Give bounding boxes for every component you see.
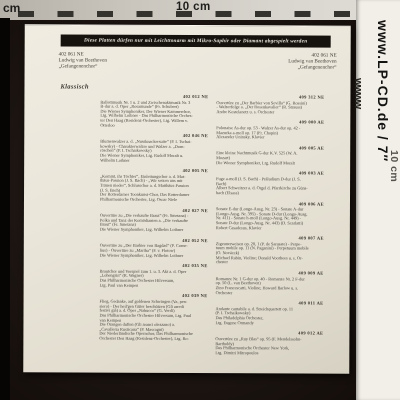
catalog-entry: 409 000 AE Polonaise As-dur op. 53 - Wal… [216,120,324,141]
record-title: „Gefangenenchor“ [59,63,107,69]
catalog-entry-text: Zigeunerweisen op. 20, 1 (P. de Sarasate… [216,242,324,266]
catalog-entry-text: Ouvertüre zu „Ruy Blas“ op. 95 (F. Mende… [215,337,323,356]
stylus-notice-band: Diese Platten dürfen nur mit Leichttonar… [61,34,331,47]
watermark-fragment: wwww [352,78,364,108]
record-sleeve-back-cover: Diese Platten dürfen nur mit Leichttonar… [23,24,351,373]
ruler-scale-label: 10 cm [176,1,211,13]
catalog-entry: 402 039 NE Flieg, Gedanke, auf goldenen … [99,293,207,342]
side-strip: www.LP-CD.de / 7″ wwww 10 cm [356,0,400,400]
section-label: Klassisch [60,83,88,90]
top-ruler: cm 10 cm [0,0,364,20]
photo-left-shadow [0,18,10,400]
catalog-entry-text: „Kommt, ihr Töchter“, Einleitungschor a.… [100,174,208,202]
catalog-entry: 409 012 AE Ouvertüre zu „Ruy Blas“ op. 9… [215,330,323,356]
catalog-number: 409 009 AE [216,270,324,275]
header-right: 402 061 NE Ludwig van Beethoven „Gefange… [288,52,336,70]
catalog-entry: 402 012 NE Ballettmusik Nr. 1 u. 2 und Z… [100,94,208,129]
catalog-entry: 402 005 NE „Kommt, ihr Töchter“, Einleit… [100,168,208,203]
catalog-entry-text: Sonate E-dur (Longo-Ausg. Nr. 23) - Sona… [216,207,324,231]
catalog-column-left: 402 012 NE Ballettmusik Nr. 1 u. 2 und Z… [99,94,208,361]
catalog-entry-text: Ouvertüre zu „Der Barbier von Bagdad“ (P… [100,244,208,258]
catalog-number: 402 012 NE [100,94,208,99]
catalog-number: 402 039 NE [100,293,208,298]
record-sleeve-photo: cm 10 cm www.LP-CD.de / 7″ wwww 10 cm Di… [0,0,400,400]
catalog-entry: 402 035 NE Brautchor und Vorspiel zum 1.… [100,263,208,289]
catalog-entry-text: Ouvertüre zu „Der Barbier von Sevilla“ (… [216,101,324,115]
record-title: „Gefangenenchor“ [288,64,336,70]
catalog-entry: 409 005 AE Eine kleine Nachtmusik G-dur … [216,145,324,166]
catalog-entry: 409 007 AE Zigeunerweisen op. 20, 1 (P. … [216,235,324,265]
catalog-number: 409 012 AE [215,330,323,335]
catalog-entry-text: Brautchor und Vorspiel zum 1. u. 3. Akt … [100,269,208,288]
catalog-number: 402 035 NE [100,263,208,268]
catalog-entry-text: Ballettmusik Nr. 1 u. 2 und Zwischenaktm… [100,100,208,128]
catalog-number: 409 011 AE [216,300,324,305]
catalog-entry: 402 027 NE Ouvertüre zu „Die verkaufte B… [100,207,208,233]
catalog-entry: 409 009 AE Romanze Nr. 1 G-dur op. 40 - … [216,270,324,296]
catalog-entry: 402 046 NE Blumenwalzer a. d. „Nussknack… [100,133,208,163]
catalog-number: 402 005 NE [100,168,208,173]
shop-watermark: www.LP-CD.de / 7″ [375,20,391,162]
side-ruler-scale-label: 10 cm [388,150,400,182]
catalog-column-right: 409 312 NE Ouvertüre zu „Der Barbier von… [215,94,324,361]
header-left: 402 061 NE Ludwig van Beethoven „Gefange… [59,51,107,69]
ruler-unit-label: cm [3,1,20,15]
catalog-entry: 409 011 AE Andante cantabile a. d. Strei… [215,300,323,326]
catalog-number: 409 003 AE [216,171,324,176]
catalog-entry: 409 003 AE Fuge a-moll (J. S. Bach) - Pr… [216,171,324,197]
catalog-entry-text: Andante cantabile a. d. Streichquartett … [215,307,323,326]
catalog-entry-text: Ouvertüre zu „Die verkaufte Braut“ (Fr. … [100,214,208,233]
catalog-entry-text: Blumenwalzer a. d. „Nussknackersuite“ (P… [100,140,208,164]
catalog-entry-text: Polonaise As-dur op. 53 - Walzer As-dur … [216,126,324,140]
catalog-entry: 402 052 NE Ouvertüre zu „Der Barbier von… [100,237,208,258]
catalog-number: 409 312 NE [216,94,324,99]
catalog-entry-text: Romanze Nr. 1 G-dur op. 40 - Romanze Nr.… [216,277,324,296]
catalog-entry-text: Flieg, Gedanke, auf goldenen Schwingen (… [99,299,207,341]
catalog-entry-text: Eine kleine Nachtmusik G-dur K.V. 525 (W… [216,152,324,166]
catalog-entry-text: Fuge a-moll (J. S. Bach) - Präludium D-d… [216,177,324,196]
catalog-entry: 409 006 AE Sonate E-dur (Longo-Ausg. Nr.… [216,201,324,231]
catalog-entry: 409 312 NE Ouvertüre zu „Der Barbier von… [216,94,324,115]
catalog-number: 409 007 AE [216,235,324,240]
catalog-columns: 402 012 NE Ballettmusik Nr. 1 u. 2 und Z… [99,94,346,362]
